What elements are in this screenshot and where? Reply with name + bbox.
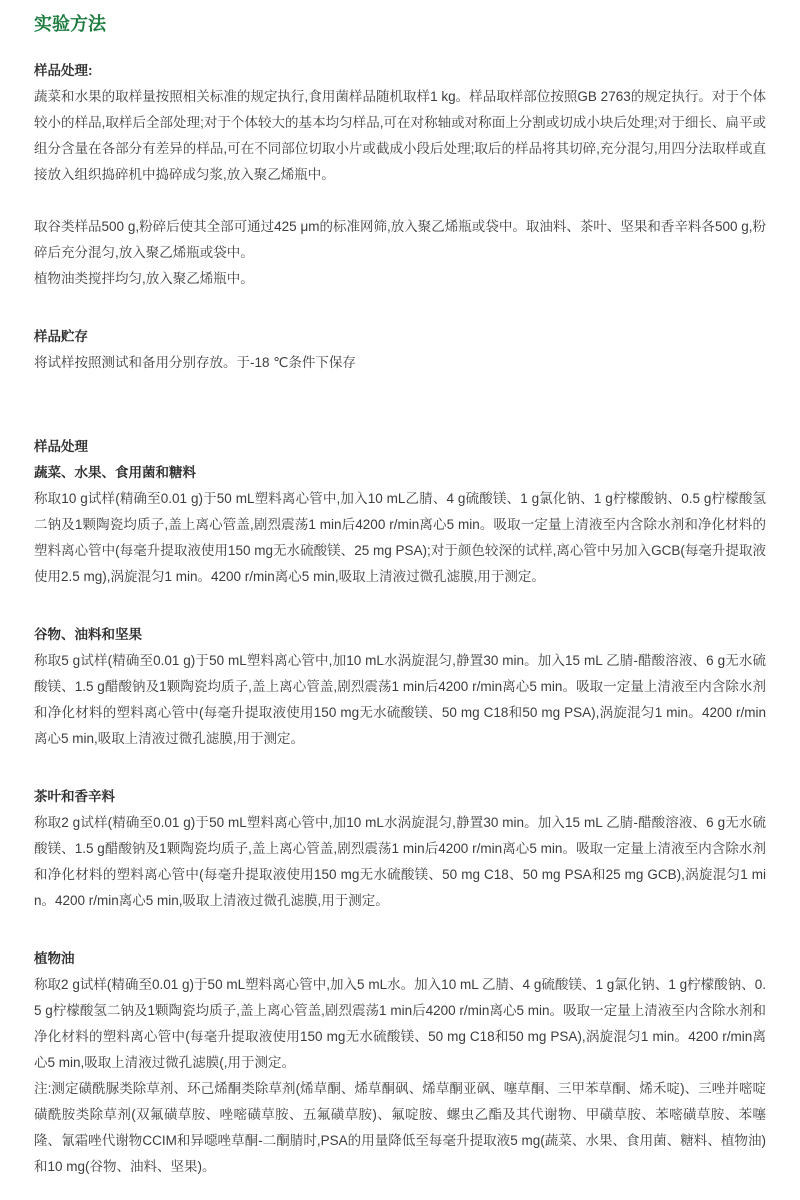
paragraph-grains-oilseeds-nuts: 称取5 g试样(精确至0.01 g)于50 mL塑料离心管中,加10 mL水涡旋…: [34, 648, 766, 752]
section-heading-sample-preparation: 样品处理: [34, 434, 766, 460]
subsection-heading-grains-oilseeds-nuts: 谷物、油料和坚果: [34, 622, 766, 648]
spacer: [34, 752, 766, 784]
note-psa-reduction: 注:测定磺酰脲类除草剂、环己烯酮类除草剂(烯草酮、烯草酮砜、烯草酮亚砜、噻草酮、…: [34, 1076, 766, 1180]
paragraph-vegetable-oil: 称取2 g试样(精确至0.01 g)于50 mL塑料离心管中,加入5 mL水。加…: [34, 972, 766, 1076]
spacer: [34, 292, 766, 324]
paragraph-sampling-vegetables-fruits: 蔬菜和水果的取样量按照相关标准的规定执行,食用菌样品随机取样1 kg。样品取样部…: [34, 84, 766, 188]
spacer: [34, 376, 766, 408]
paragraph-sampling-grains: 取谷类样品500 g,粉碎后使其全部可通过425 μm的标准网筛,放入聚乙烯瓶或…: [34, 214, 766, 266]
spacer: [34, 408, 766, 434]
paragraph-sampling-vegetable-oil: 植物油类搅拌均匀,放入聚乙烯瓶中。: [34, 266, 766, 292]
document-body: 实验方法 样品处理: 蔬菜和水果的取样量按照相关标准的规定执行,食用菌样品随机取…: [0, 0, 800, 1200]
section-heading-sample-handling: 样品处理:: [34, 58, 766, 84]
paragraph-sample-storage: 将试样按照测试和备用分别存放。于-18 ℃条件下保存: [34, 350, 766, 376]
spacer: [34, 914, 766, 946]
spacer: [34, 590, 766, 622]
paragraph-vegetables-fruits-fungi-sugar: 称取10 g试样(精确至0.01 g)于50 mL塑料离心管中,加入10 mL乙…: [34, 486, 766, 590]
subsection-heading-tea-spices: 茶叶和香辛料: [34, 784, 766, 810]
page-title: 实验方法: [34, 12, 766, 36]
spacer: [34, 188, 766, 214]
subsection-heading-vegetable-oil: 植物油: [34, 946, 766, 972]
paragraph-tea-spices: 称取2 g试样(精确至0.01 g)于50 mL塑料离心管中,加10 mL水涡旋…: [34, 810, 766, 914]
subsection-heading-vegetables-fruits-fungi-sugar: 蔬菜、水果、食用菌和糖料: [34, 460, 766, 486]
section-heading-sample-storage: 样品贮存: [34, 324, 766, 350]
